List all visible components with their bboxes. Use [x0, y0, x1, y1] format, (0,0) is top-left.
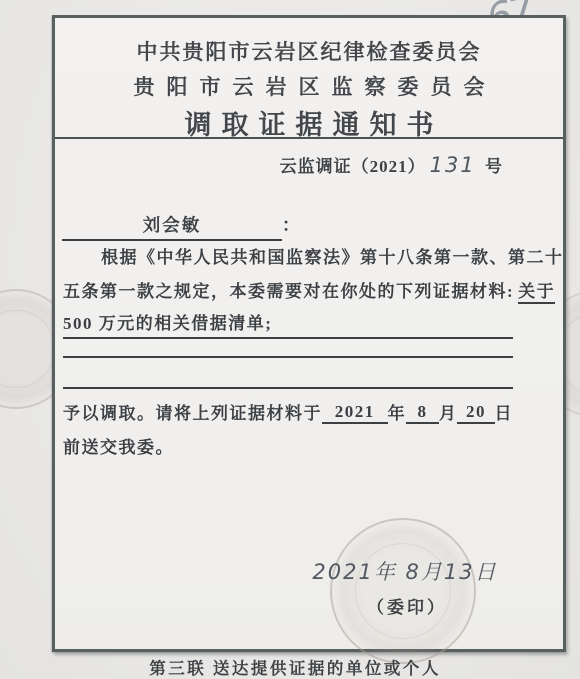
blank-underline-2 — [63, 387, 513, 389]
closing-line: 前送交我委。 — [63, 433, 513, 458]
body-fill-line: 500 万元的相关借据清单; — [63, 309, 513, 339]
body-line-1: 根据《中华人民共和国监察法》第十八条第一款、第二十 — [101, 243, 513, 268]
deadline-year-fill: 2021 — [322, 402, 388, 424]
handwritten-issue-date: 2021年 8月13日 — [307, 556, 503, 586]
seal-placeholder-note: （委印） — [337, 593, 477, 618]
deadline-day-fill: 20 — [457, 402, 494, 424]
deadline-month-fill: 8 — [406, 402, 439, 424]
body-line-2: 五条第一款之规定，本委需要对在你处的下列证据材料: 关于 — [63, 277, 513, 304]
doc-number-prefix: 云监调证（2021） — [280, 157, 426, 176]
deadline-month-unit: 月 — [439, 399, 458, 424]
blank-underline-1 — [63, 356, 513, 358]
deadline-year-unit: 年 — [388, 399, 407, 424]
document-border-frame: 中共贵阳市云岩区纪律检查委员会 贵阳市云岩区监察委员会 调取证据通知书 云监调证… — [52, 15, 566, 652]
issuing-org-line2: 贵阳市云岩区监察委员会 — [55, 71, 563, 101]
document-header: 中共贵阳市云岩区纪律检查委员会 贵阳市云岩区监察委员会 调取证据通知书 — [55, 18, 563, 142]
issuing-org-line1: 中共贵阳市云岩区纪律检查委员会 — [55, 36, 563, 66]
faint-circular-seal-signature — [330, 518, 476, 664]
copy-designation-footer: 第三联 送达提供证据的单位或个人 — [10, 655, 580, 679]
fill-in-text-inline: 关于 — [518, 277, 555, 304]
addressee-name: 刘会敏 — [62, 212, 282, 241]
body-line-2-text: 五条第一款之规定，本委需要对在你处的下列证据材料: — [63, 277, 514, 304]
deadline-day-unit: 日 — [495, 399, 514, 424]
doc-number-suffix: 号 — [485, 157, 503, 176]
addressee-line: 刘会敏： — [62, 212, 300, 241]
header-divider-line — [55, 137, 563, 139]
fill-in-text-line: 500 万元的相关借据清单; — [63, 309, 513, 339]
deadline-prefix: 予以调取。请将上列证据材料于 — [63, 399, 322, 424]
doc-number-handwritten: 131 — [426, 153, 480, 177]
addressee-colon: ： — [282, 215, 300, 235]
document-number: 云监调证（2021）131 号 — [280, 152, 503, 177]
deadline-line: 予以调取。请将上列证据材料于 2021 年 8 月 20 日 — [63, 399, 513, 424]
scanned-document-page: 67 中共贵阳市云岩区纪律检查委员会 贵阳市云岩区监察委员会 调取证据通知书 云… — [0, 0, 580, 679]
